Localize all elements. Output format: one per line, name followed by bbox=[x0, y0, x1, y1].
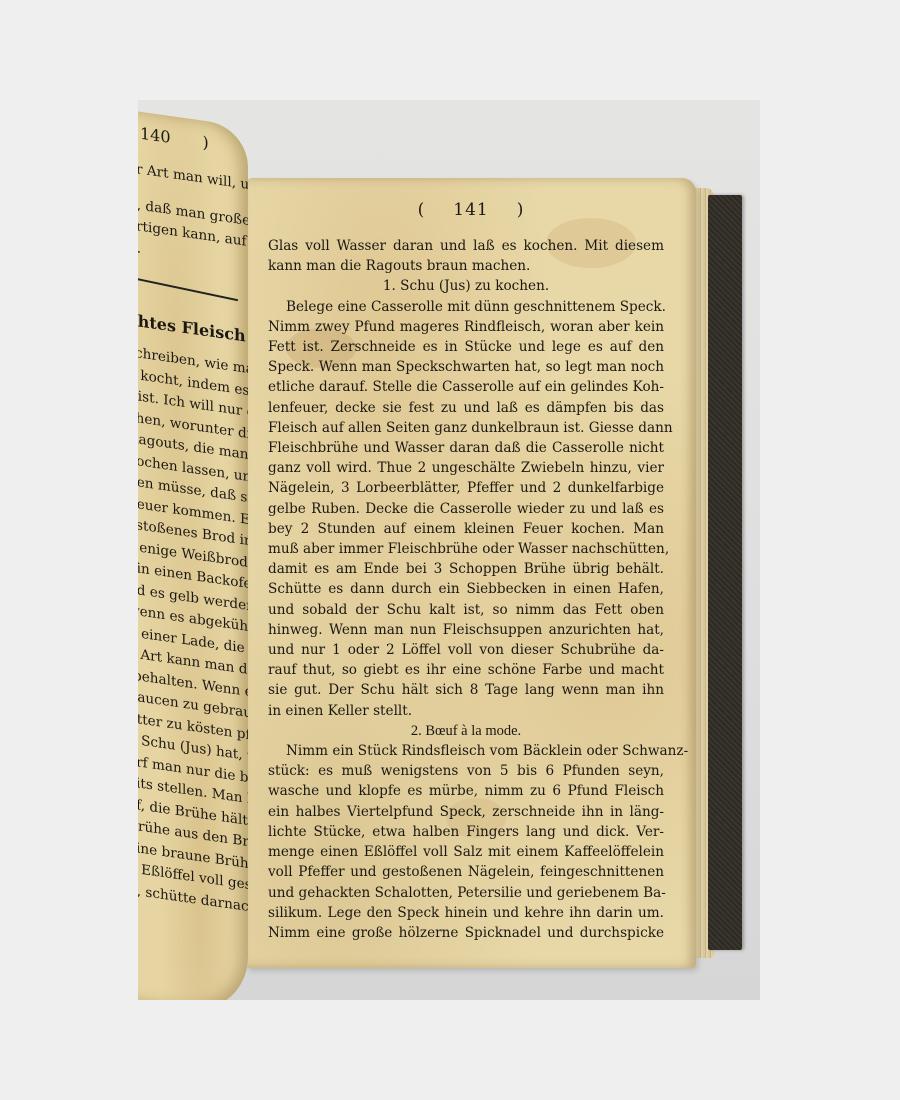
text-line: silikum. Lege den Speck hinein und kehre… bbox=[268, 903, 664, 923]
book-cover-spine bbox=[708, 195, 742, 950]
text-line: und gehackten Schalotten, Petersilie und… bbox=[268, 883, 664, 903]
text-line: lichte Stücke, etwa halben Fingers lang … bbox=[268, 822, 664, 842]
text-line: Nimm ein Stück Rindsfleisch vom Bäcklein… bbox=[268, 741, 664, 761]
text-line: in einen Keller stellt. bbox=[268, 701, 664, 721]
section-heading-1: 1. Schu (Jus) zu kochen. bbox=[268, 276, 664, 296]
text-line: ganz voll wird. Thue 2 ungeschälte Zwieb… bbox=[268, 458, 664, 478]
paren-close: ) bbox=[203, 132, 209, 152]
section-heading-2: 2. Bœuf à la mode. bbox=[268, 721, 664, 741]
text-line: Fett ist. Zerschneide es in Stücke und l… bbox=[268, 337, 664, 357]
text-line: sie gut. Der Schu hält sich 8 Tage lang … bbox=[268, 680, 664, 700]
text-line: lenfeuer, decke sie fest zu und laß es d… bbox=[268, 398, 664, 418]
section-title: Bœuf à la mode. bbox=[425, 723, 521, 739]
text-line: hinweg. Wenn man nun Fleischsuppen anzur… bbox=[268, 620, 664, 640]
text-line: bey 2 Stunden auf einem kleinen Feuer ko… bbox=[268, 519, 664, 539]
text-line: Schütte es dann durch ein Siebbecken in … bbox=[268, 579, 664, 599]
text-line: und sobald der Schu kalt ist, so nimm da… bbox=[268, 600, 664, 620]
section-divider-rule bbox=[138, 276, 238, 301]
text-line: kann man die Ragouts braun machen. bbox=[268, 256, 664, 276]
paren-open: ( bbox=[418, 200, 426, 220]
text-line: Nimm zwey Pfund mageres Rindfleisch, wor… bbox=[268, 317, 664, 337]
text-line: stück: es muß wenigstens von 5 bis 6 Pfu… bbox=[268, 761, 664, 781]
section-number: 2. bbox=[411, 723, 422, 739]
left-page: 140) er Art man will, und w n, daß man g… bbox=[138, 110, 248, 1000]
paren-close: ) bbox=[517, 200, 525, 220]
page-text: Glas voll Wasser daran und laß es kochen… bbox=[268, 236, 664, 943]
text-line: etliche darauf. Stelle die Casserolle au… bbox=[268, 377, 664, 397]
page-number-140: 140) bbox=[140, 124, 209, 153]
right-page: (141) Glas voll Wasser daran und laß es … bbox=[246, 178, 696, 968]
left-page-text-top: er Art man will, und w n, daß man große … bbox=[138, 158, 248, 300]
page-number-141: (141) bbox=[246, 200, 696, 220]
text-line: gelbe Ruben. Decke die Casserolle wieder… bbox=[268, 499, 664, 519]
text-line: Belege eine Casserolle mit dünn geschnit… bbox=[268, 297, 664, 317]
section-title: Schu (Jus) zu kochen. bbox=[400, 278, 549, 294]
page-number-text: 140 bbox=[140, 124, 171, 147]
text-line: Fleisch auf allen Seiten ganz dunkelbrau… bbox=[268, 418, 664, 438]
section-number: 1. bbox=[383, 278, 396, 294]
text-line: ein halbes Viertelpfund Speck, zerschnei… bbox=[268, 802, 664, 822]
text-line: voll Pfeffer und gestoßenen Nägelein, fe… bbox=[268, 862, 664, 882]
text-line: Speck. Wenn man Speckschwarten hat, so l… bbox=[268, 357, 664, 377]
text-line: menge einen Eßlöffel voll Salz mit einem… bbox=[268, 842, 664, 862]
text-line: Fleischbrühe und Wasser daran daß die Ca… bbox=[268, 438, 664, 458]
text-line: Glas voll Wasser daran und laß es kochen… bbox=[268, 236, 664, 256]
text-line: Nägelein, 3 Lorbeerblätter, Pfeffer und … bbox=[268, 478, 664, 498]
book-photo: (141) Glas voll Wasser daran und laß es … bbox=[138, 100, 760, 1000]
left-page-text: schreiben, wie man das e kocht, indem es… bbox=[138, 342, 248, 943]
text-line: und nur 1 oder 2 Löffel voll von dieser … bbox=[268, 640, 664, 660]
text-line: Nimm eine große hölzerne Spicknadel und … bbox=[268, 923, 664, 943]
text-line: damit es am Ende bei 3 Schoppen Brühe üb… bbox=[268, 559, 664, 579]
page-number-text: 141 bbox=[453, 200, 488, 220]
text-line: muß aber immer Fleischbrühe oder Wasser … bbox=[268, 539, 664, 559]
text-line: rauf thut, so giebt es ihr eine schöne F… bbox=[268, 660, 664, 680]
text-line: wasche und klopfe es mürbe, nimm zu 6 Pf… bbox=[268, 781, 664, 801]
